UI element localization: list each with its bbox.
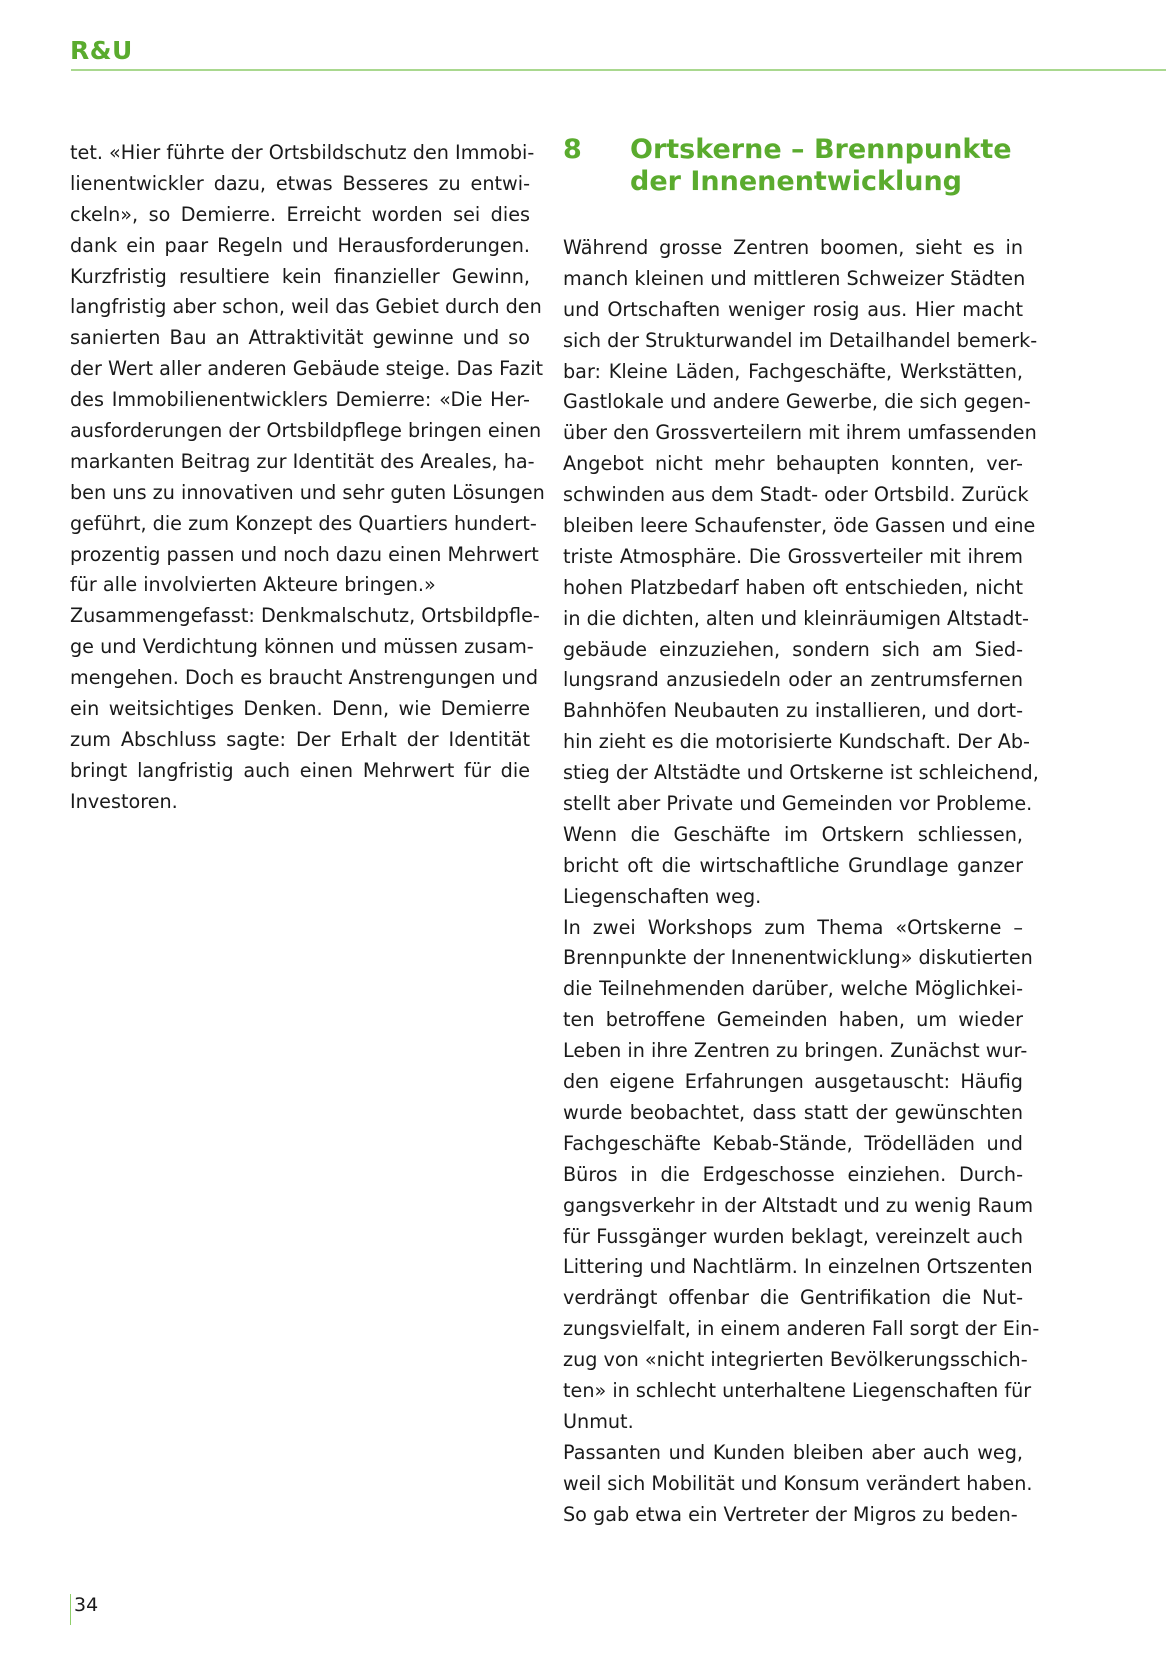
text-line: gangsverkehr in der Altstadt und zu weni… [563,1191,1023,1222]
text-line: hohen Platzbedarf haben oft entschieden,… [563,573,1023,604]
text-line: weil sich Mobilität und Konsum verändert… [563,1469,1023,1500]
section-title: Ortskerne – Brennpunkte der Innenentwick… [630,134,1012,198]
text-line: Liegenschaften weg. [563,882,1023,913]
text-line: bricht oft die wirtschaftliche Grundlage… [563,851,1023,882]
text-line: zungsvielfalt, in einem anderen Fall sor… [563,1314,1023,1345]
text-line: prozentig passen und noch dazu einen Meh… [70,540,530,571]
text-line: Unmut. [563,1407,1023,1438]
text-line: So gab etwa ein Vertreter der Migros zu … [563,1500,1023,1531]
text-line: manch kleinen und mittleren Schweizer St… [563,264,1023,295]
text-line: den eigene Erfahrungen ausgetauscht: Häu… [563,1067,1023,1098]
text-line: stieg der Altstädte und Ortskerne ist sc… [563,758,1023,789]
text-line: ein weitsichtiges Denken. Denn, wie Demi… [70,694,530,725]
text-line: lungsrand anzusiedeln oder an zentrumsfe… [563,665,1023,696]
text-line: hin zieht es die motorisierte Kundschaft… [563,727,1023,758]
text-line: der Wert aller anderen Gebäude steige. D… [70,354,530,385]
text-line: die Teilnehmenden darüber, welche Möglic… [563,974,1023,1005]
text-line: Brennpunkte der Innenentwicklung» diskut… [563,943,1023,974]
text-line: Kurzfristig resultiere kein finanzieller… [70,262,530,293]
text-line: über den Grossverteilern mit ihrem umfas… [563,418,1023,449]
text-line: Wenn die Geschäfte im Ortskern schliesse… [563,820,1023,851]
text-line: Während grosse Zentren boomen, sieht es … [563,233,1023,264]
text-line: Fachgeschäfte Kebab-Stände, Trödelläden … [563,1129,1023,1160]
text-line: ckeln», so Demierre. Erreicht worden sei… [70,200,530,231]
text-line: in die dichten, alten und kleinräumigen … [563,604,1023,635]
text-line: des Immobilienentwicklers Demierre: «Die… [70,385,530,416]
left-column-text: tet. «Hier führte der Ortsbildschutz den… [70,138,530,818]
text-line: ausforderungen der Ortsbildpflege bringe… [70,416,530,447]
text-line: Bahnhöfen Neubauten zu installieren, und… [563,696,1023,727]
section-number: 8 [563,134,623,166]
text-line: verdrängt offenbar die Gentrifikation di… [563,1283,1023,1314]
text-line: für Fussgänger wurden beklagt, vereinzel… [563,1222,1023,1253]
text-line: zum Abschluss sagte: Der Erhalt der Iden… [70,725,530,756]
text-line: bringt langfristig auch einen Mehrwert f… [70,756,530,787]
text-line: Investoren. [70,787,530,818]
text-line: für alle involvierten Akteure bringen.» [70,570,530,601]
text-line: langfristig aber schon, weil das Gebiet … [70,292,530,323]
text-line: markanten Beitrag zur Identität des Area… [70,447,530,478]
text-line: dank ein paar Regeln und Herausforderung… [70,231,530,262]
text-line: Leben in ihre Zentren zu bringen. Zunäch… [563,1036,1023,1067]
text-line: lienentwickler dazu, etwas Besseres zu e… [70,169,530,200]
text-line: sich der Strukturwandel im Detailhandel … [563,326,1023,357]
text-line: Littering und Nachtlärm. In einzelnen Or… [563,1252,1023,1283]
text-line: ben uns zu innovativen und sehr guten Lö… [70,478,530,509]
text-line: Zusammengefasst: Denkmalschutz, Ortsbild… [70,601,530,632]
page-number-bar [70,1594,71,1625]
text-line: bleiben leere Schaufenster, öde Gassen u… [563,511,1023,542]
running-header-label: R&U [70,36,133,65]
text-line: und Ortschaften weniger rosig aus. Hier … [563,295,1023,326]
text-line: In zwei Workshops zum Thema «Ortskerne – [563,913,1023,944]
text-line: zug von «nicht integrierten Bevölkerungs… [563,1345,1023,1376]
text-line: wurde beobachtet, dass statt der gewünsc… [563,1098,1023,1129]
text-line: gebäude einzuziehen, sondern sich am Sie… [563,635,1023,666]
text-line: ge und Verdichtung können und müssen zus… [70,632,530,663]
right-column-text: Während grosse Zentren boomen, sieht es … [563,233,1023,1530]
text-line: ten betroffene Gemeinden haben, um wiede… [563,1005,1023,1036]
text-line: ten» in schlecht unterhaltene Liegenscha… [563,1376,1023,1407]
header-rule [71,69,1166,71]
text-line: Gastlokale und andere Gewerbe, die sich … [563,387,1023,418]
text-line: sanierten Bau an Attraktivität gewinne u… [70,323,530,354]
text-line: stellt aber Private und Gemeinden vor Pr… [563,789,1023,820]
text-line: Büros in die Erdgeschosse einziehen. Dur… [563,1160,1023,1191]
section-title-line-2: der Innenentwicklung [630,166,1012,198]
text-line: tet. «Hier führte der Ortsbildschutz den… [70,138,530,169]
text-line: Passanten und Kunden bleiben aber auch w… [563,1438,1023,1469]
text-line: triste Atmosphäre. Die Grossverteiler mi… [563,542,1023,573]
text-line: mengehen. Doch es braucht Anstrengungen … [70,663,530,694]
text-line: geführt, die zum Konzept des Quartiers h… [70,509,530,540]
text-line: schwinden aus dem Stadt- oder Ortsbild. … [563,480,1023,511]
section-title-line-1: Ortskerne – Brennpunkte [630,134,1012,166]
text-line: bar: Kleine Läden, Fachgeschäfte, Werkst… [563,357,1023,388]
text-line: Angebot nicht mehr behaupten konnten, ve… [563,449,1023,480]
page-number: 34 [74,1594,98,1616]
